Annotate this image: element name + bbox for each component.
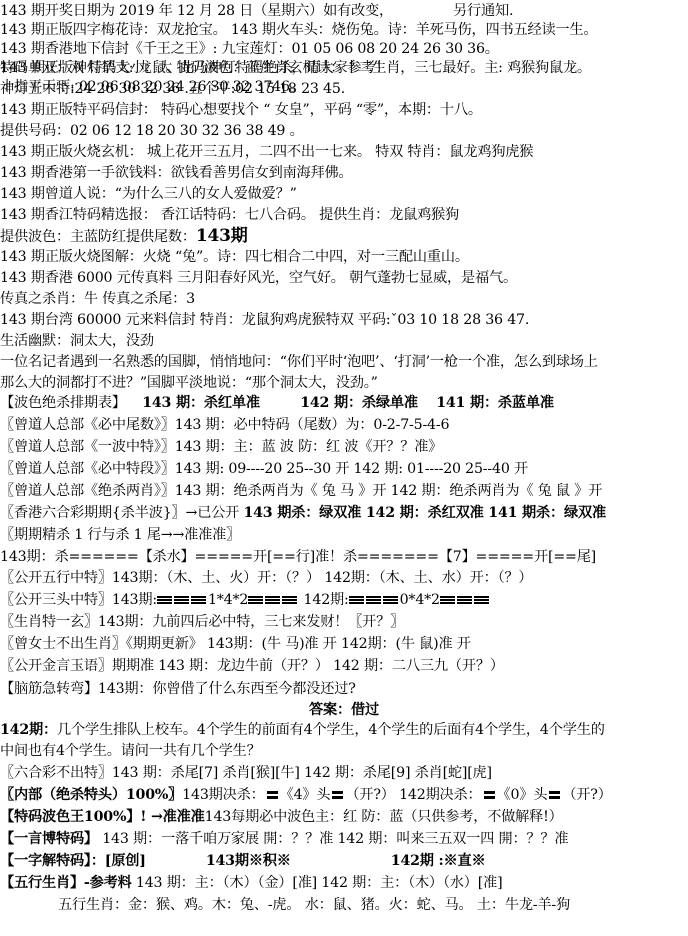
black-bar-icon [440, 591, 491, 609]
five-element-label: 【五行生肖】-参考料 [0, 875, 132, 891]
wave-color-text: 提供波色：主蓝防红提供尾数： [0, 229, 196, 245]
no-special-line: 〖六合彩不出特〗143 期：杀尾[7] 杀肖[猴][牛] 142 期：杀尾[9]… [0, 764, 492, 783]
kill-two-zodiac-line: 〖曾道人总部《绝杀两肖》〗143 期：绝杀两肖为《 兔 马 》开 142 期：绝… [0, 482, 602, 501]
wave-color-line: 提供波色：主蓝防红提供尾数：143期 [0, 227, 248, 246]
black-bar-icon [157, 591, 208, 609]
hk-envelope-line: 143 期香港地下信封《千王之王》: 九宝莲灯：01 05 06 08 20 2… [0, 40, 499, 59]
double-bar-icon [484, 791, 495, 800]
first-hand-line: 143 期香港第一手欲钱料：欲钱看善男信女到南海拜佛。 [0, 164, 353, 183]
double-bar-icon [267, 791, 278, 800]
one-word-bet-line: 【一言博特码】 143 期：一落千咱万家展 開：？？准 142 期：叫来三五双一… [0, 830, 568, 849]
puzzle-line-2: 中间也有4个学生。请问一共有几个学生？ [0, 742, 261, 761]
brain-teaser-line: 【脑筋急转弯】143期：你曾借了什么东西至今都没还过? [0, 680, 356, 699]
humor-body-line-1: 一位名记者遇到一名熟悉的国脚，悄悄地问：“你们平时‘泡吧’、‘打洞’一枪一个准，… [0, 353, 598, 372]
fax-material-line: 143 期香港 6000 元传真料 三月阳春好风光，空气好。 朝气蓬勃七显威，是… [0, 269, 517, 288]
three-head-label: 〖公开三头中特〗143期: [0, 592, 157, 608]
golden-words-line: 〖公开金言玉语〗期期准 143 期：龙边牛前（开？） 142 期：二八三九（开？… [0, 657, 504, 676]
provided-numbers-line: 提供号码：02 06 12 18 20 30 32 36 38 49 。 [0, 122, 304, 141]
wave-kill-schedule-line: 【波色绝杀排期表】 143 期：杀红单准 142 期：杀绿单准 141 期：杀蓝… [0, 394, 554, 413]
kill-143-value: 《4》头 [280, 787, 331, 803]
fire-diagram-line: 143 期正版火烧图解：火烧 “兔”。诗：四七相合二中四，对一三配山重山。 [0, 248, 469, 267]
half-wave-kill-line: 〖香港六合彩期期{杀半波}〗→已公开 143 期杀：绿双准 142 期：杀红双准… [0, 504, 606, 523]
inner-kill-head-line: 〖内部（绝杀特头）100%〗143期决杀：《4》头（开?） 142期决杀：《0》… [0, 786, 612, 805]
half-wave-label: 〖香港六合彩期期{杀半波}〗→已公开 [0, 505, 239, 521]
puzzle-text: 几个学生排队上校车。4个学生的前面有4个学生，4个学生的后面有4个学生，4个学生… [57, 722, 605, 738]
lamp-five-line: 神灯五中特:24 26 30 32 36 .五个平:02 15 18 23 45… [0, 80, 345, 99]
humor-title-line: 生活幽默：洞太大，没劲 [0, 332, 154, 351]
lamp-ban-line: 143 期正版神灯禁支: 龙鼠。此乃神灯特码绝杀，请大家参考！ [0, 59, 389, 78]
flat-code-envelope-line: 143 期正版特平码信封： 特码心想要找个 “ 女皇”，平码 “零”，本期：十八… [0, 101, 482, 120]
wave-kill-label: 【波色绝杀排期表】 [0, 395, 126, 411]
three-head-142-value: 0*4*2 [400, 592, 440, 608]
three-head-142-label: 142期: [299, 592, 348, 608]
five-element-text: 143 期：主：（木）（金）[准] 142 期：主：（木）（水）[准] [132, 875, 503, 891]
double-bar-icon [332, 791, 343, 800]
kill-142-label: （开?） 142期决杀： [345, 787, 481, 803]
one-word-label: 【一言博特码】 [0, 831, 98, 847]
five-element-zodiac-line: 【五行生肖】-参考料 143 期：主：（木）（金）[准] 142 期：主：（木）… [0, 874, 502, 893]
half-wave-results: 143 期杀：绿双准 142 期：杀红双准 141 期杀：绿双准 [243, 505, 606, 521]
special-segment-line: 〖曾道人总部《必中特段》〗143 期: 09----20 25--30 开 14… [0, 460, 528, 479]
answer-line: 答案：借过 [0, 701, 688, 720]
taiwan-envelope-line: 143 期台湾 60000 元来料信封 特肖：龙鼠狗鸡虎猴特双 平码:ˇ03 1… [0, 311, 529, 330]
fax-kill-line: 传真之杀肖：牛 传真之杀尾：3 [0, 290, 195, 309]
puzzle-period-label: 142期： [0, 722, 57, 738]
notice-text: 另行通知. [453, 3, 513, 19]
black-bar-icon [349, 591, 400, 609]
draw-date-line: 143 期开奖日期为 2019 年 12 月 28 日（星期六）如有改变，另行通… [0, 2, 513, 21]
ms-zeng-line: 〖曾女士不出生肖〗《期期更新》 143期：(牛 马)准 开 142期：(牛 鼠)… [0, 635, 471, 654]
zeng-says-line: 143 期曾道人说：“为什么三八的女人爱做爱？” [0, 185, 297, 204]
one-char-line: 【一字解特码】：[原创]143期※积※142期 :※直※ [0, 852, 486, 871]
puzzle-line-1: 142期：几个学生排队上校车。4个学生的前面有4个学生，4个学生的后面有4个学生… [0, 721, 605, 740]
one-char-143: 143期※积※ [206, 853, 291, 869]
one-wave-line: 〖曾道人总部《一波中特》〗143 期：主：蓝 波 防：红 波《开？？准》 [0, 438, 442, 457]
wave-king-label: 【特码波色王100%】! →准准准 [0, 809, 205, 825]
three-head-line: 〖公开三头中特〗143期:1*4*2 142期:0*4*2 [0, 591, 491, 610]
one-word-text: 143 期：一落千咱万家展 開：？？准 142 期：叫来三五双一四 開：？？准 [98, 831, 568, 847]
kill-row-tail-title: 〖期期精杀 1 行与杀 1 尾→→准准准〗 [0, 526, 240, 545]
xiangjiang-line: 143 期香江特码精选报： 香江话特码：七八合码。 提供生肖：龙鼠鸡猴狗 [0, 206, 459, 225]
wave-kill-141: 141 期：杀蓝单准 [436, 395, 554, 411]
one-char-label: 【一字解特码】：[原创] [0, 853, 146, 869]
wave-kill-142: 142 期：杀绿单准 [300, 395, 418, 411]
kill-row-tail-line: 143期：杀======【杀水】=====开[==行]准！杀=======【7】… [0, 548, 596, 567]
fire-mystery-line: 143 期正版火烧玄机： 城上花开三五月，二四不出一七来。 特双 特肖：鼠龙鸡狗… [0, 143, 533, 162]
wave-king-line: 【特码波色王100%】! →准准准143每期必中波色主：红 防：蓝（只供参考，不… [0, 808, 563, 827]
kill-142-open: （开?） [562, 787, 611, 803]
inner-kill-label: 〖内部（绝杀特头）100%〗 [0, 787, 182, 803]
zodiac-mystery-line: 〖生肖特一玄〗143期：九前四后必中特，三七来发财！〖开？〗 [0, 613, 404, 632]
period-stamp: 143期 [196, 226, 248, 246]
three-head-143-value: 1*4*2 [208, 592, 248, 608]
kill-143-label: 143期决杀： [182, 787, 264, 803]
one-char-142: 142期 :※直※ [391, 853, 486, 869]
plum-poem-line: 143 期正版四字梅花诗：双龙抢宝。 143 期火车头：烧伤兔。诗：羊死马伤，四… [0, 21, 597, 40]
wave-king-text: 143每期必中波色主：红 防：蓝（只供参考，不做解释!） [205, 809, 563, 825]
draw-date-text: 143 期开奖日期为 2019 年 12 月 28 日（星期六）如有改变， [0, 3, 393, 19]
five-elements-line: 〖公开五行中特〗143期：（木、土、火）开：（？） 142期：（木、土、水）开：… [0, 569, 532, 588]
black-bar-icon [248, 591, 299, 609]
humor-body-line-2: 那么大的洞都打不进？”国脚平淡地说：“那个洞太大，没劲。” [0, 374, 378, 393]
must-tail-line: 〖曾道人总部《必中尾数》〗143 期：必中特码（尾数）为：0-2-7-5-4-6 [0, 416, 449, 435]
double-bar-icon [549, 791, 560, 800]
wave-kill-143: 143 期：杀红单准 [142, 395, 260, 411]
kill-142-value: 《0》头 [497, 787, 548, 803]
zodiac-mapping-line: 五行生肖：金：猴、鸡。木：兔、-虎。 水：鼠、猪。火：蛇、马。 土：牛龙-羊-狗 [0, 896, 570, 915]
